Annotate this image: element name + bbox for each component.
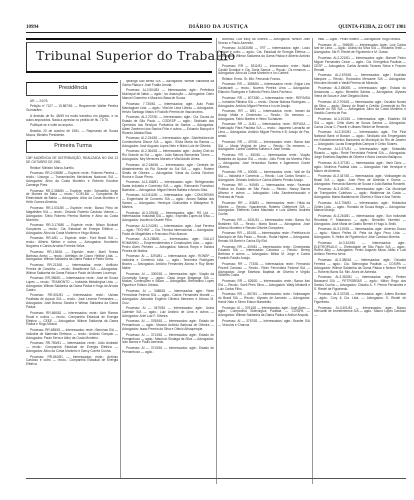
masthead-rule-top	[26, 38, 212, 40]
column-2: Ipiranga São Bento S/A — Advogados: Wilm…	[122, 80, 214, 484]
process-entry: Processo: RR-4/81 — Espécie: recte.: For…	[26, 237, 118, 249]
process-entry: Processo: RR — 830/81 — Interessados: re…	[218, 171, 310, 183]
process-entry: Processo: RR-2.531/80 — Espécie: recte.:…	[26, 207, 118, 223]
column-divider	[216, 38, 217, 484]
process-entry: Processo: AI-3.380/81 — Interessados: ag…	[314, 259, 406, 275]
column-3: Barbosa, Luiz Iracy da Silveira — Advoga…	[218, 38, 310, 484]
page-header: 10994 DIÁRIO DA JUSTIÇA QUINTA-FEIRA, 22…	[26, 22, 406, 33]
process-entry: Processo: AI-3.377/81 — Interessados: ag…	[314, 162, 406, 174]
process-entry: Processo: RR-780/81 — Interessados: rect…	[26, 342, 118, 354]
masthead-box: Tribunal Superior do Trabalho	[26, 38, 212, 76]
process-entry: Processo: RR — 830/81 — Interessados: re…	[218, 154, 310, 170]
process-entry: Processo: AI-2.504/81 — Interessados: ag…	[122, 89, 214, 101]
publication-title: DIÁRIO DA JUSTIÇA	[189, 24, 249, 30]
process-entry: Processo: AI-3.288/81 — Interessados: ag…	[122, 238, 214, 254]
column-divider	[312, 38, 313, 484]
process-entry: Processo: AI — 3486/81 — Interessados: a…	[122, 290, 214, 306]
process-entry: Processo: AI — 3715/81 — Interessados: a…	[122, 347, 214, 355]
paragraph: A decisão de fls. 48/49 há muito transit…	[26, 115, 118, 123]
section-heading-presidencia: Presidência	[26, 82, 118, 96]
page-columns: Tribunal Superior do Trabalho Presidênci…	[26, 38, 406, 484]
process-entry: Processo: RR-685/81 — Interessados: rect…	[26, 329, 118, 341]
process-entry: Processo: RR-2.038/80 — Espécie: recte.:…	[26, 172, 118, 188]
process-entry: Processo: AI-3.242/81 — Interessados: ag…	[122, 225, 214, 237]
process-entry: Processo: RR — 867/81 — Interessados: re…	[218, 293, 310, 305]
process-entry: Processo: RR-213/81 — Interessados: rect…	[26, 264, 118, 276]
process-entry: Processo: RR — 11/81 — Interessados: rec…	[218, 123, 310, 139]
masthead-rule-thin	[26, 42, 212, 43]
process-entry: Processo: RR — 5431/81 — Interessados: r…	[218, 219, 310, 231]
process-entry: Processo: AI — 3479/81 — Interessados: a…	[122, 307, 214, 319]
process-entry: Processo: AI — 3767/81 — Interessados: a…	[218, 320, 310, 328]
process-entry: Processo: AI-2.976/81 — Interessados: ag…	[314, 101, 406, 117]
process-entry: Barbosa, Luiz Iracy da Silveira — Advoga…	[218, 38, 310, 46]
process-entry: Processo: RR-3.178/80 — Espécie: recte.:…	[26, 224, 118, 236]
process-entry: Processo: AI-3.347/81 — Interessados: ag…	[314, 175, 406, 187]
process-entry: Processo: AI-2.676/81 — Interessados: ag…	[314, 74, 406, 86]
process-entry: Processo: RR — 5311/81 — Interessados: r…	[218, 65, 310, 77]
process-entry: Processo: AI-3.103/81 — Interessados: ag…	[314, 118, 406, 130]
process-entry: Processo: AI — 3713/81 — Interessados: a…	[122, 334, 214, 346]
publication-date: QUINTA-FEIRA, 22 OUT 1981	[338, 25, 406, 30]
process-entry: Processo: AI-3.382/81 — Interessados: ag…	[314, 276, 406, 292]
process-entry: Processo: AI-3.371/81 — Interessados: ag…	[314, 148, 406, 160]
process-entry: Processo: RR — 8/81 — Interessados: rect…	[218, 110, 310, 122]
masthead-side-rule	[26, 43, 27, 71]
process-entry: Processo: RR — 831/81 — Interessados: re…	[218, 232, 310, 244]
process-entry: Processo: AI-3.302/81 — Interessados: ag…	[314, 131, 406, 147]
masthead-title: Tribunal Superior do Trabalho	[36, 48, 235, 63]
paragraph: Publique-se e volte ao arquivo.	[26, 124, 118, 128]
process-entry: Processo: AI — 2669/81 — Interessados: A…	[314, 44, 406, 56]
session-intro: 138ª AUDIÊNCIA DE DISTRIBUIÇÃO, REALIZAD…	[26, 157, 118, 165]
section-heading-primeira-turma: Primeira Turma	[26, 140, 118, 154]
process-entry: Ipiranga São Bento S/A — Advogados: Wilm…	[122, 80, 214, 88]
process-entry: Processo: AI-2.364/81 — Interessados: ag…	[122, 150, 214, 162]
process-entry: Processo: AI-3.755/81 — Interessados: ag…	[314, 202, 406, 214]
process-entry: Processo: AI-2.221/81 — Interessados: ag…	[314, 57, 406, 73]
process-entry: Processo: AI-3.343/81 — Interessados: ag…	[314, 242, 406, 258]
newspaper-page: 10994 DIÁRIO DA JUSTIÇA QUINTA-FEIRA, 22…	[26, 22, 406, 488]
paragraph: AR — 24/76.	[26, 100, 118, 104]
process-entry: Processo: AI-3.225/81 — Interessados: ag…	[122, 212, 214, 224]
relator-line: Relator: Ministro Marco Aurélio.	[26, 167, 118, 171]
process-entry: Processo: AI-3.168/81 — Interessados: ag…	[122, 181, 214, 193]
process-entry: Processo: AI-2.244/81 — Interessados: ag…	[122, 137, 214, 149]
process-entry: Processo: AI-3.337/81 — Interessados: ag…	[314, 293, 406, 305]
column-1: Presidência AR — 24/76. Petição nº 7127 …	[26, 80, 118, 484]
page-number: 10994	[26, 25, 39, 30]
process-entry: Processo: AI-3.410/81 — Interessados: ag…	[314, 188, 406, 200]
process-entry: Processo: RR-356/81 — Interessados: rect…	[26, 277, 118, 293]
process-entry: Processo: AI-3.401/81 — Interessados: ag…	[314, 307, 406, 319]
process-entry: Processo: RR-666/81 — Interessados: rect…	[26, 312, 118, 328]
process-entry: Processo: RR-501/81 — Interessados: rect…	[26, 294, 118, 310]
process-entry: Processo: AI-3.811/81 — Interessados: ag…	[122, 194, 214, 210]
footer-rule	[26, 478, 406, 479]
process-entry: Processo: RR — 3855/80 — Interessados: r…	[218, 83, 310, 95]
process-entry: Processo: AI-2.880/81 — Interessados: ag…	[314, 87, 406, 99]
process-entry: Processo: RR — 409/81 — Interessados: re…	[218, 246, 310, 262]
process-entry: Processo: RR — 949/81 — Interessados: re…	[218, 184, 310, 200]
process-entry: Processo: AI — 3768/81 — Interessados: a…	[122, 320, 214, 332]
process-entry: ritas. — Agdo.: Pedro Mottini. — Advogad…	[314, 38, 406, 42]
signature: Brasília, 20 de outubro de 1981. — Raymu…	[26, 130, 118, 138]
column-divider	[120, 80, 121, 478]
process-entry: Processo: 7.735/81 — Interessados: agte.…	[122, 103, 214, 115]
process-entry: Processo: AI-3.119/81 — Interessados: ag…	[314, 228, 406, 240]
process-entry: Processo: RR — 826/81 — Interessados: re…	[218, 280, 310, 292]
process-entry: Processo: AI-2.237/81 — Interessados: ag…	[122, 116, 214, 136]
process-entry: Processo: AI — 3300/81 — Interessados: a…	[122, 273, 214, 289]
process-entry: Processo: RR — 497/81 — Interessados: re…	[218, 141, 310, 153]
process-entry: Processo: AI-3630/80 — TRT — Interessado…	[218, 47, 310, 63]
process-entry: Processo: AI — 3293/81 — Interessados: a…	[122, 255, 214, 271]
process-entry: Processo: RR — 6073/80 — Interessados: r…	[218, 97, 310, 109]
paragraph: Petição nº 7127 — 15.887/81. — Requerent…	[26, 105, 118, 113]
process-entry: Processo: RR-135/81 — Espécie: recte.: M…	[26, 251, 118, 263]
process-entry: Processo: AI-2.186/81 — Interessados: ag…	[122, 164, 214, 180]
process-entry: Processo: AI-3.263/81 — Interessados: ag…	[314, 215, 406, 227]
process-entry: Processo: AI — 3761/81 — Interessados: a…	[218, 307, 310, 319]
relator-line: Relator: Exmo. Sr. Min. Fernando Franco.	[218, 78, 310, 82]
process-entry: Processo: RR-2.358/80 — Espécie: recte.:…	[26, 190, 118, 206]
process-entry: Processo: RR — 773/81 — Interessados: re…	[218, 263, 310, 279]
masthead-rule-bottom	[26, 71, 212, 73]
process-entry: Processo: RR-862/81 — Interessados: rect…	[26, 356, 118, 368]
column-4: ritas. — Agdo.: Pedro Mottini. — Advogad…	[314, 38, 406, 484]
process-entry: Processo: RR — 838/81 — Interessados: re…	[218, 202, 310, 218]
